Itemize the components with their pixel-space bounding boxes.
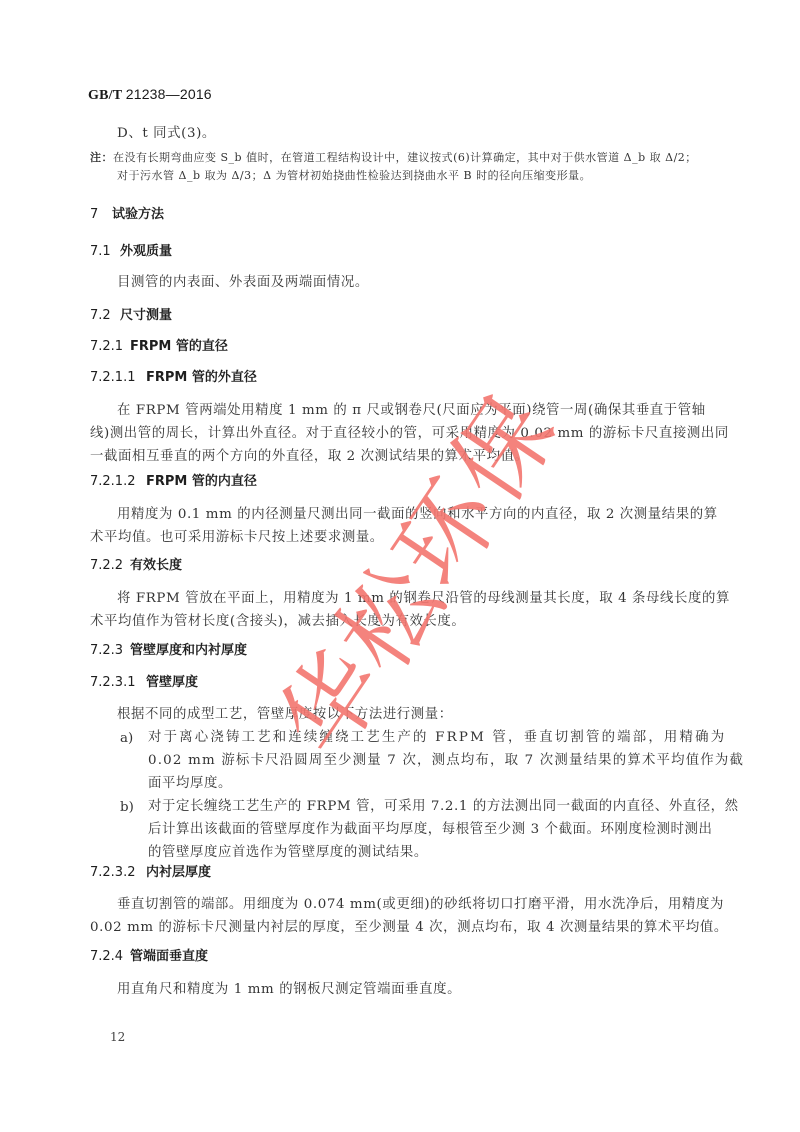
section-heading-7: 7试验方法 bbox=[90, 208, 164, 221]
section-title: 内衬层厚度 bbox=[146, 865, 211, 880]
list-marker: b) bbox=[120, 800, 134, 815]
standard-number: 21238—2016 bbox=[126, 86, 212, 102]
section-number: 7.1 bbox=[90, 245, 120, 258]
section-title: FRPM 管的直径 bbox=[130, 339, 228, 354]
section-number: 7.2.2 bbox=[90, 559, 130, 572]
note-label: 注： bbox=[90, 151, 113, 164]
section-heading-7-2-2: 7.2.2有效长度 bbox=[90, 559, 182, 572]
paragraph-line: 一截面相互垂直的两个方向的外直径，取 2 次测试结果的算术平均值。 bbox=[90, 450, 529, 463]
section-title: 有效长度 bbox=[130, 558, 182, 573]
paragraph-line: 目测管的内表面、外表面及两端面情况。 bbox=[117, 276, 369, 289]
paragraph-line: 0.02 mm 的游标卡尺测量内衬层的厚度，至少测量 4 次，测点均布，取 4 … bbox=[90, 921, 728, 934]
paragraph-line: 线)测出管的周长，计算出外直径。对于直径较小的管，可采用精度为 0.02 mm … bbox=[90, 427, 729, 440]
paragraph-line: 用精度为 0.1 mm 的内径测量尺测出同一截面的竖向和水平方向的内直径，取 2… bbox=[117, 508, 718, 521]
list-line: 对于离心浇铸工艺和连续缠绕工艺生产的 FRPM 管，垂直切割管的端部，用精确为 bbox=[148, 731, 726, 744]
section-heading-7-1: 7.1外观质量 bbox=[90, 245, 172, 258]
page-number: 12 bbox=[110, 1030, 125, 1044]
section-title: 试验方法 bbox=[112, 207, 164, 222]
list-line: 对于定长缠绕工艺生产的 FRPM 管，可采用 7.2.1 的方法测出同一截面的内… bbox=[148, 800, 739, 813]
section-heading-7-2-1-1: 7.2.1.1FRPM 管的外直径 bbox=[90, 371, 257, 384]
note-line-2: 对于污水管 Δ_b 取为 Δ/3；Δ 为管材初始挠曲性检验达到挠曲水平 B 时的… bbox=[117, 170, 591, 181]
section-title: 管壁厚度和内衬厚度 bbox=[130, 643, 247, 658]
section-number: 7.2.1.1 bbox=[90, 371, 146, 384]
section-number: 7.2.1 bbox=[90, 340, 130, 353]
section-title: FRPM 管的内直径 bbox=[146, 474, 257, 489]
section-number: 7.2.4 bbox=[90, 950, 130, 963]
section-heading-7-2-3: 7.2.3管壁厚度和内衬厚度 bbox=[90, 644, 247, 657]
standard-code: GB/T 21238—2016 bbox=[88, 86, 212, 104]
note-line-1: 注：在没有长期弯曲应变 S_b 值时，在管道工程结构设计中，建议按式(6)计算确… bbox=[90, 152, 697, 163]
section-number: 7.2.1.2 bbox=[90, 475, 146, 488]
section-title: FRPM 管的外直径 bbox=[146, 370, 257, 385]
section-heading-7-2-3-2: 7.2.3.2内衬层厚度 bbox=[90, 866, 211, 879]
section-title: 管端面垂直度 bbox=[130, 949, 208, 964]
section-heading-7-2: 7.2尺寸测量 bbox=[90, 309, 172, 322]
list-line: 面平均厚度。 bbox=[148, 777, 232, 790]
section-number: 7.2 bbox=[90, 309, 120, 322]
paragraph-line: 术平均值。也可采用游标卡尺按上述要求测量。 bbox=[90, 531, 384, 544]
variables-line: D、t 同式(3)。 bbox=[117, 127, 216, 140]
section-title: 管壁厚度 bbox=[146, 675, 198, 690]
note-text-1: 在没有长期弯曲应变 S_b 值时，在管道工程结构设计中，建议按式(6)计算确定，… bbox=[113, 151, 697, 164]
section-heading-7-2-1: 7.2.1FRPM 管的直径 bbox=[90, 340, 228, 353]
list-line: 的管壁厚度应首选作为管壁厚度的测试结果。 bbox=[148, 846, 428, 859]
section-number: 7.2.3.2 bbox=[90, 866, 146, 879]
section-heading-7-2-4: 7.2.4管端面垂直度 bbox=[90, 950, 208, 963]
section-number: 7.2.3 bbox=[90, 644, 130, 657]
document-page: GB/T 21238—2016 D、t 同式(3)。 注：在没有长期弯曲应变 S… bbox=[0, 0, 800, 1132]
paragraph-line: 术平均值作为管材长度(含接头)，减去插入长度为有效长度。 bbox=[90, 615, 465, 628]
section-heading-7-2-3-1: 7.2.3.1管壁厚度 bbox=[90, 676, 198, 689]
paragraph-line: 将 FRPM 管放在平面上，用精度为 1 mm 的钢卷尺沿管的母线测量其长度，取… bbox=[117, 592, 730, 605]
list-marker: a) bbox=[120, 731, 133, 746]
section-title: 尺寸测量 bbox=[120, 308, 172, 323]
list-line: 后计算出该截面的管壁厚度作为截面平均厚度，每根管至少测 3 个截面。环刚度检测时… bbox=[148, 823, 712, 836]
paragraph-line: 根据不同的成型工艺，管壁厚度按以下方法进行测量： bbox=[117, 708, 453, 721]
standard-prefix: GB/T bbox=[88, 88, 122, 103]
list-line: 0.02 mm 游标卡尺沿圆周至少测量 7 次，测点均布，取 7 次测量结果的算… bbox=[148, 754, 744, 767]
section-title: 外观质量 bbox=[120, 244, 172, 259]
section-number: 7 bbox=[90, 208, 112, 221]
paragraph-line: 用直角尺和精度为 1 mm 的钢板尺测定管端面垂直度。 bbox=[117, 983, 461, 996]
section-number: 7.2.3.1 bbox=[90, 676, 146, 689]
paragraph-line: 在 FRPM 管两端处用精度 1 mm 的 π 尺或钢卷尺(尺面应为平面)绕管一… bbox=[117, 404, 706, 417]
section-heading-7-2-1-2: 7.2.1.2FRPM 管的内直径 bbox=[90, 475, 257, 488]
paragraph-line: 垂直切割管的端部。用细度为 0.074 mm(或更细)的砂纸将切口打磨平滑，用水… bbox=[117, 898, 724, 911]
